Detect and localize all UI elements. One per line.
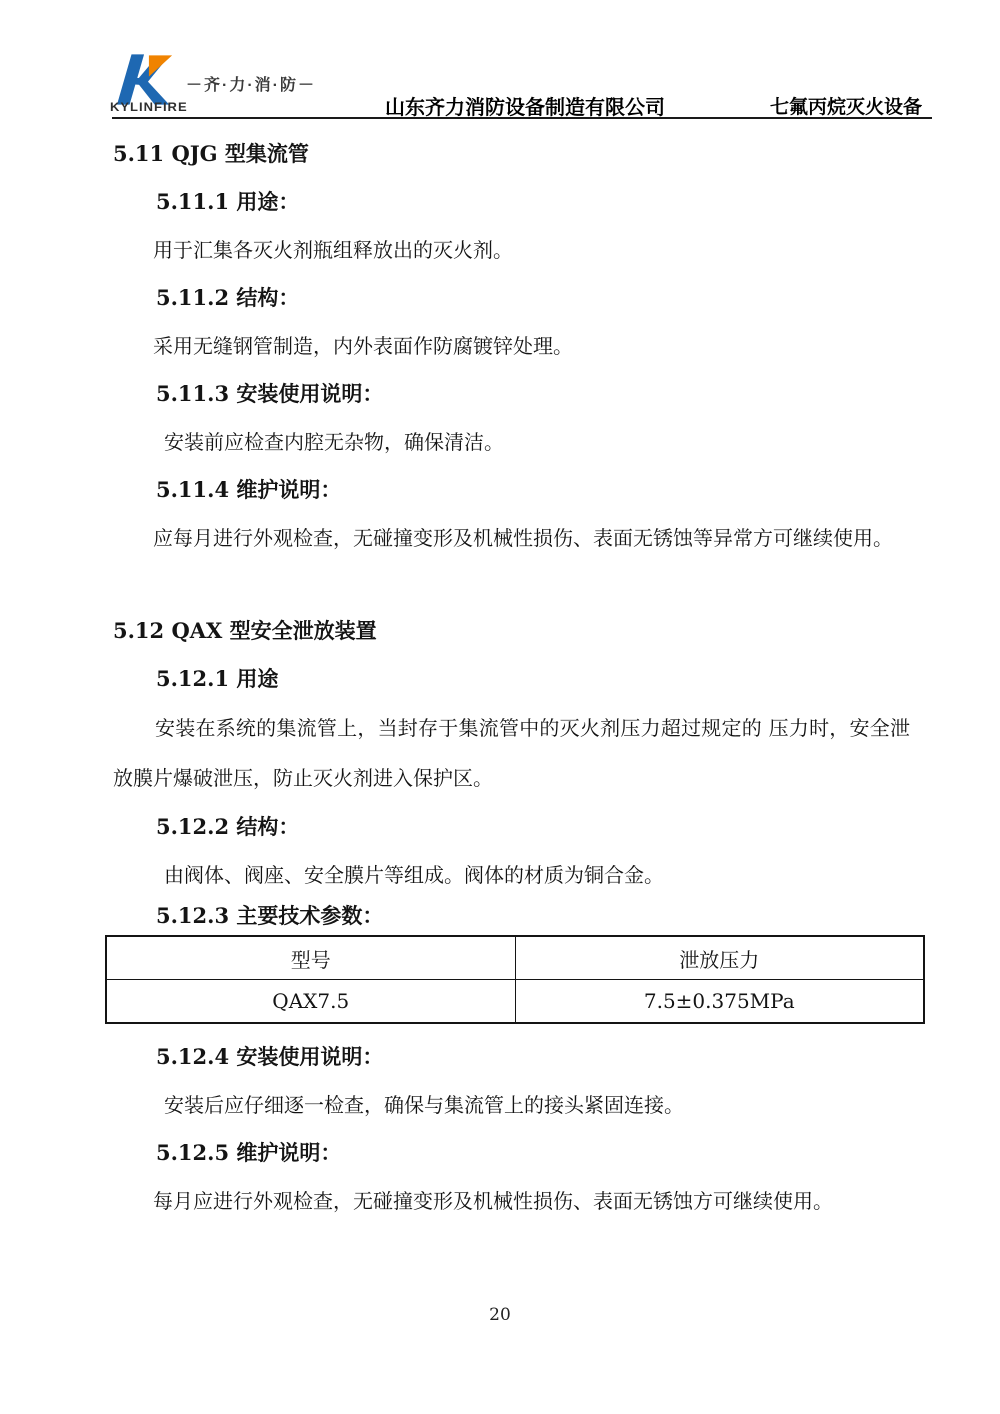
section-heading-5-12: 5.12 QAX 型安全泄放装置 <box>113 607 910 655</box>
document-body: 5.11 QJG 型集流管 5.11.1 用途： 用于汇集各灭火剂瓶组释放出的灭… <box>113 130 910 1225</box>
product-name: 七氟丙烷灭火设备 <box>770 92 922 119</box>
document-page: KYLINFIRE －齐·力·消·防－ 山东齐力消防设备制造有限公司 七氟丙烷灭… <box>0 0 1000 1414</box>
subsection-heading-5-12-2: 5.12.2 结构： <box>113 803 910 851</box>
company-name: 山东齐力消防设备制造有限公司 <box>385 91 665 120</box>
section-heading-5-11: 5.11 QJG 型集流管 <box>113 130 910 178</box>
subsection-heading-5-11-2: 5.11.2 结构： <box>113 274 910 322</box>
subsection-heading-5-12-3: 5.12.3 主要技术参数： <box>113 899 910 935</box>
subsection-heading-5-12-1: 5.12.1 用途 <box>113 655 910 703</box>
subsection-heading-5-11-4: 5.11.4 维护说明： <box>113 466 910 514</box>
paragraph-structure: 采用无缝钢管制造，内外表面作防腐镀锌处理。 <box>113 322 910 370</box>
section-spacer <box>113 562 910 607</box>
subsection-heading-5-12-5: 5.12.5 维护说明： <box>113 1129 910 1177</box>
paragraph-maintenance-2: 每月应进行外观检查，无碰撞变形及机械性损伤、表面无锈蚀方可继续使用。 <box>113 1177 910 1225</box>
spec-table: 型号 泄放压力 QAX7.5 7.5±0.375MPa <box>105 935 925 1024</box>
table-cell-model: QAX7.5 <box>106 980 515 1024</box>
brand-slogan: －齐·力·消·防－ <box>186 72 316 95</box>
table-header-model: 型号 <box>106 936 515 980</box>
table-row: QAX7.5 7.5±0.375MPa <box>106 980 924 1024</box>
paragraph-structure-2: 由阀体、阀座、安全膜片等组成。阀体的材质为铜合金。 <box>113 851 910 899</box>
header-divider <box>112 117 932 119</box>
paragraph-usage: 用于汇集各灭火剂瓶组释放出的灭火剂。 <box>113 226 910 274</box>
subsection-heading-5-11-3: 5.11.3 安装使用说明： <box>113 370 910 418</box>
logo-wordmark: KYLINFIRE <box>110 99 210 113</box>
page-number: 20 <box>0 1305 1000 1325</box>
paragraph-maintenance: 应每月进行外观检查，无碰撞变形及机械性损伤、表面无锈蚀等异常方可继续使用。 <box>113 514 910 562</box>
paragraph-usage-2: 安装在系统的集流管上，当封存于集流管中的灭火剂压力超过规定的 压力时，安全泄放膜… <box>113 703 910 803</box>
table-header-row: 型号 泄放压力 <box>106 936 924 980</box>
table-header-pressure: 泄放压力 <box>515 936 924 980</box>
paragraph-install-2: 安装后应仔细逐一检查，确保与集流管上的接头紧固连接。 <box>113 1081 910 1129</box>
subsection-heading-5-11-1: 5.11.1 用途： <box>113 178 910 226</box>
paragraph-install: 安装前应检查内腔无杂物，确保清洁。 <box>113 418 910 466</box>
table-cell-pressure: 7.5±0.375MPa <box>515 980 924 1024</box>
subsection-heading-5-12-4: 5.12.4 安装使用说明： <box>113 1033 910 1081</box>
